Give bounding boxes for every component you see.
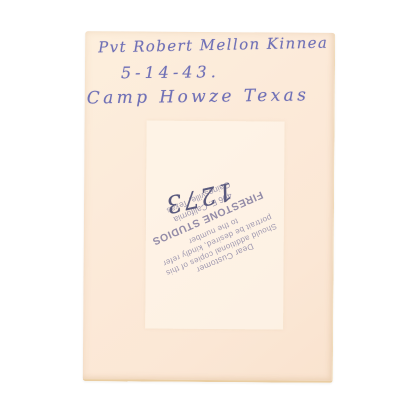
- handwriting-line-name: Pvt Robert Mellon Kinnea: [98, 34, 328, 57]
- photo-scene: Pvt Robert Mellon Kinnea 5-14-43. Camp H…: [0, 0, 416, 416]
- handwriting-line-date: 5-14-43.: [121, 62, 220, 82]
- handwriting-line-location: Camp Howze Texas: [87, 85, 310, 108]
- photo-back-paper: Pvt Robert Mellon Kinnea 5-14-43. Camp H…: [83, 31, 335, 383]
